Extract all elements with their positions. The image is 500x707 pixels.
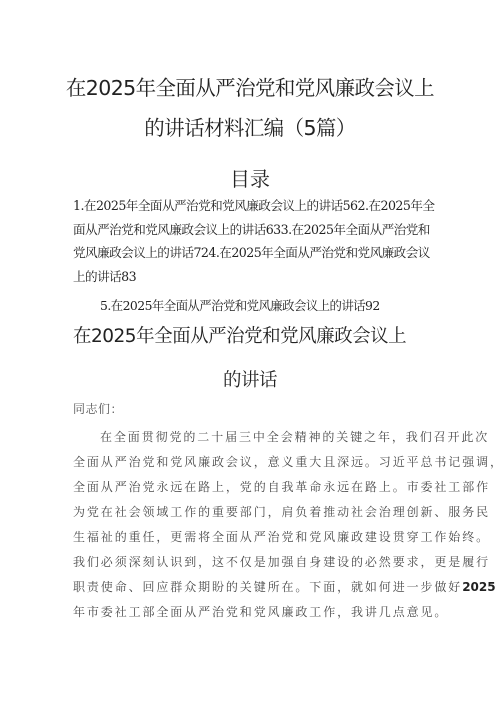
section-heading-line-1: 在2025年全面从严治党和党风廉政会议上 [73, 322, 406, 348]
toc-heading: 目录 [0, 163, 500, 192]
toc-item-5[interactable]: 5.在2025年全面从严治党和党风廉政会议上的讲话92 [100, 296, 380, 314]
document-title-line-2: 的讲话材料汇编（5篇） [0, 111, 500, 141]
document-page: 在2025年全面从严治党和党风廉政会议上 的讲话材料汇编（5篇） 目录 1.在2… [0, 0, 500, 707]
body-paragraph: 在全面贯彻党的二十届三中全会精神的关键之年，我们召开此次 全面从严治党和党风廉政… [73, 425, 433, 625]
section-heading-line-2: 的讲话 [0, 366, 500, 392]
toc-line[interactable]: 上的讲话83 [73, 265, 433, 289]
toc-line[interactable]: 1.在2025年全面从严治党和党风廉政会议上的讲话562.在2025年全 [73, 194, 433, 218]
toc-line[interactable]: 党风廉政会议上的讲话724.在2025年全面从严治党和党风廉政会议 [73, 241, 433, 265]
paragraph-line-text: 职责使命、回应群众期盼的关键所在。下面，就如何进一步做好 [73, 580, 462, 594]
paragraph-line: 在全面贯彻党的二十届三中全会精神的关键之年，我们召开此次 [73, 425, 433, 450]
salutation: 同志们： [73, 400, 123, 417]
paragraph-line: 生福祉的重任，更需将全面从严治党和党风廉政建设贯穿工作始终。 [73, 525, 433, 550]
document-title-line-1: 在2025年全面从严治党和党风廉政会议上 [0, 71, 500, 101]
toc-line[interactable]: 面从严治党和党风廉政会议上的讲话633.在2025年全面从严治党和 [73, 218, 433, 242]
paragraph-line: 为党在社会领域工作的重要部门，肩负着推动社会治理创新、服务民 [73, 500, 433, 525]
paragraph-line: 我们必须深刻认识到，这不仅是加强自身建设的必然要求，更是履行 [73, 550, 433, 575]
table-of-contents: 1.在2025年全面从严治党和党风廉政会议上的讲话562.在2025年全 面从严… [73, 194, 433, 288]
paragraph-line: 全面从严治党永远在路上，党的自我革命永远在路上。市委社工部作 [73, 475, 433, 500]
paragraph-line: 年市委社工部全面从严治党和党风廉政工作，我讲几点意见。 [73, 600, 433, 625]
paragraph-line: 全面从严治党和党风廉政会议，意义重大且深远。习近平总书记强调， [73, 450, 433, 475]
paragraph-line-with-year: 职责使命、回应群众期盼的关键所在。下面，就如何进一步做好2025 [73, 575, 433, 600]
inline-year: 2025 [462, 580, 495, 594]
